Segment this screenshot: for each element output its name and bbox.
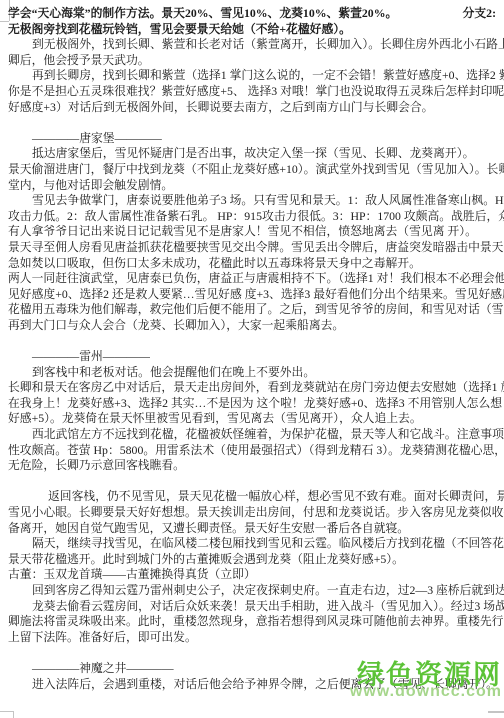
text-line: 性攻颇高。苍萤 Hp：5800。用雷系法术（使用最强招式）（得到龙精石 3）。龙… <box>8 443 496 459</box>
line-text: 你是不是担心五灵珠很难找？紫萱好感度+5、 选择3 对哦！掌门也没说取得五灵珠后… <box>8 84 504 98</box>
text-line: 急如焚以口吸取，但伤口太多未成功，花楹此时以五毒珠将景天身中之毒解开。 <box>8 256 496 272</box>
text-line: 卿后，他会授予景天武功。 <box>8 53 496 69</box>
branch-label: 分支2: <box>463 6 496 22</box>
text-line: 回到客房乙得知云霆乃雷州刺史公子，决定夜探刺史府。一直走右边，过2—3 座桥后就… <box>8 583 496 599</box>
line-text: ————神魔之井———— <box>32 661 174 675</box>
line-text: 长卿和景天在客房乙中对话后，景天走出房间外，看到龙葵就站在房门旁边便去安慰她（选… <box>8 380 504 394</box>
line-text: 卿施法将雷灵珠吸出来。此时，重楼忽然现身，意指若想得到风灵珠可随他前去神界。重楼… <box>8 614 504 628</box>
text-line: 景天偷溜进唐门，餐厅中找到龙葵（不阻止龙葵好感+10）。演武堂外找到雪见（雪见加… <box>8 162 496 178</box>
line-text: 好感度+3）对话后到无极阁外间，长卿说要去南方，之后到南方山门与长卿会合。 <box>8 100 433 114</box>
line-text: 景天偷溜进唐门，餐厅中找到龙葵（不阻止龙葵好感+10）。演武堂外找到雪见（雪见加… <box>8 162 504 176</box>
text-line: 卿施法将雷灵珠吸出来。此时，重楼忽然现身，意指若想得到风灵珠可随他前去神界。重楼… <box>8 614 496 630</box>
line-text: 抵达唐家堡后，雪见怀疑唐门是否出事，故决定入堡一探（雪见、长卿、龙葵离开）。 <box>32 146 474 160</box>
line-text: 进入法阵后，会遇到重楼，对话后他会给予神界令牌，之后便离去了（雪见、长卿离开）。 <box>32 677 498 691</box>
line-text: 龙葵去偷看云霆房间，对话后众妖来袭！景天出手相助，进入战斗（雪见加入）。经过3 … <box>32 599 504 613</box>
line-text: 两人一同赶往演武堂，见唐泰已负伤，唐益正与唐震相持不下。（选择1 对！我们根本不… <box>8 271 504 285</box>
line-text: 堂内，与他对话即会触发剧情。 <box>8 178 173 192</box>
line-text: 无极阁旁找到花楹玩铃铛，雪见会要景天给她（不给+花楹好感）。 <box>8 22 351 36</box>
blank-line <box>8 115 496 131</box>
line-text: 雪见小心眼。长卿要景天好好想想。景天挨训走出房间，付思和龙葵说话。步入客房见龙葵… <box>8 505 504 519</box>
text-line: 到无极阁外，找到长卿、紫萱和长老对话（紫萱离开，长卿加入）。长卿住房外西北小石路… <box>8 37 496 53</box>
line-text: 西北武馆左方不远找到花楹，花楹被妖怪缠着，为保护花楹，景天等人和它战斗。注意事项… <box>32 427 504 441</box>
document-page: 学会“天心海棠”的制作方法。景天20%、雪见10%、龙葵10%、紫萱20%。分支… <box>0 0 504 718</box>
text-line: 雪见去争做掌门，唐泰说要胜他弟子3 场。只有雪见和景天。1：敌人风属性准备寒山枫… <box>8 193 496 209</box>
text-line: 抵达唐家堡后，雪见怀疑唐门是否出事，故决定入堡一探（雪见、长卿、龙葵离开）。 <box>8 146 496 162</box>
line-text: ————雷州———— <box>32 349 150 363</box>
text-line: 好感+5）。龙葵倚在景天怀里被雪见看到，雪见离去（雪见离开），众人追上去。 <box>8 411 496 427</box>
text-line: 隔天，继续寻找雪见，在临风楼二楼包厢找到雪见和云霆。临风楼后方找到花楹（不回答花… <box>8 536 496 552</box>
text-line: 景天寻至佣人房看见唐益抓获花楹要挟雪见交出令牌。雪见丢出令牌后，唐益突发暗器击中… <box>8 240 496 256</box>
line-text: 返回客栈，仍不见雪见，景天见花楹一幅放心样，想必雪见不致有难。面对长卿责问，景天… <box>48 489 504 503</box>
line-text: 到客栈中和老板对话。他会提醒他们在晚上不要外出。 <box>32 365 315 379</box>
text-line: ————雷州———— <box>8 349 496 365</box>
text-line: 好感度+3）对话后到无极阁外间，长卿说要去南方，之后到南方山门与长卿会合。 <box>8 100 496 116</box>
text-line: 再到长卿房，找到长卿和紫萱（选择1 掌门这么说的，一定不会错！紫萱好感度+0、选… <box>8 68 496 84</box>
text-line: 攻击力低。2：敌人雷属性准备紫石乳。 HP：915攻击力很低。3：HP：1700… <box>8 209 496 225</box>
text-line: 堂内，与他对话即会触发剧情。 <box>8 178 496 194</box>
line-text: 再到长卿房，找到长卿和紫萱（选择1 掌门这么说的，一定不会错！紫萱好感度+0、选… <box>32 68 504 82</box>
line-text: 备离开，她因自觉气跑雪见，又遭长卿责怪。景天好生安慰一番后各自就寝。 <box>8 521 409 535</box>
text-line: ————神魔之井———— <box>8 661 496 677</box>
line-text: 古董：玉双龙首璜——古董摊换得真货（立即） <box>8 567 256 581</box>
line-text: 景天带花楹逃开。此时到城门外的古董摊贩会遇到龙葵（阻止龙葵好感+5）。 <box>8 552 404 566</box>
crop-mark-bottom-left-horizontal <box>0 711 13 712</box>
text-line: 见好感度+0、选择2 还是救人要紧…雪见好感 度+3、选择3 最好看他们分出个结… <box>8 287 496 303</box>
text-line: 雪见小心眼。长卿要景天好好想想。景天挨训走出房间，付思和龙葵说话。步入客房见龙葵… <box>8 505 496 521</box>
text-line: 景天带花楹逃开。此时到城门外的古董摊贩会遇到龙葵（阻止龙葵好感+5）。 <box>8 552 496 568</box>
line-text: 雪见去争做掌门，唐泰说要胜他弟子3 场。只有雪见和景天。1：敌人风属性准备寒山枫… <box>32 193 504 207</box>
line-text: 再到大门口与众人会合（龙葵、长卿加入），大家一起乘船离去。 <box>8 318 344 332</box>
document-lines: 学会“天心海棠”的制作方法。景天20%、雪见10%、龙葵10%、紫萱20%。分支… <box>8 6 496 692</box>
text-line: 古董：玉双龙首璜——古董摊换得真货（立即） <box>8 567 496 583</box>
line-text: 上留下法阵。准备好后，即可出发。 <box>8 630 197 644</box>
line-text: 在我身上！龙葵好感+3、选择2 其实…不是因为 这个啦！龙葵好感+0、选择3 不… <box>8 396 504 410</box>
line-text: ————唐家堡———— <box>32 131 162 145</box>
text-line: 两人一同赶往演武堂，见唐泰已负伤，唐益正与唐震相持不下。（选择1 对！我们根本不… <box>8 271 496 287</box>
crop-mark-bottom-left-vertical <box>13 711 14 718</box>
text-line: 进入法阵后，会遇到重楼，对话后他会给予神界令牌，之后便离去了（雪见、长卿离开）。 <box>8 677 496 693</box>
line-text: 景天寻至佣人房看见唐益抓获花楹要挟雪见交出令牌。雪见丢出令牌后，唐益突发暗器击中… <box>8 240 504 254</box>
line-text: 到无极阁外，找到长卿、紫萱和长老对话（紫萱离开，长卿加入）。长卿住房外西北小石路… <box>32 37 504 51</box>
text-line: 西北武馆左方不远找到花楹，花楹被妖怪缠着，为保护花楹，景天等人和它战斗。注意事项… <box>8 427 496 443</box>
text-line: 学会“天心海棠”的制作方法。景天20%、雪见10%、龙葵10%、紫萱20%。分支… <box>8 6 496 22</box>
text-line: 龙葵去偷看云霆房间，对话后众妖来袭！景天出手相助，进入战斗（雪见加入）。经过3 … <box>8 599 496 615</box>
line-text: 急如焚以口吸取，但伤口太多未成功，花楹此时以五毒珠将景天身中之毒解开。 <box>8 256 421 270</box>
text-line: 上留下法阵。准备好后，即可出发。 <box>8 630 496 646</box>
text-line: ————唐家堡———— <box>8 131 496 147</box>
text-line: 你是不是担心五灵珠很难找？紫萱好感度+5、 选择3 对哦！掌门也没说取得五灵珠后… <box>8 84 496 100</box>
blank-line <box>8 333 496 349</box>
blank-line <box>8 474 496 490</box>
text-line: 返回客栈，仍不见雪见，景天见花楹一幅放心样，想必雪见不致有难。面对长卿责问，景天… <box>8 489 496 505</box>
line-text: 有人拿爷爷日记出来说日记记载雪见不是唐家人！雪见不相信，愤怒地离去（雪见离 开）… <box>8 224 477 238</box>
text-line: 有人拿爷爷日记出来说日记记载雪见不是唐家人！雪见不相信，愤怒地离去（雪见离 开）… <box>8 224 496 240</box>
line-text: 见好感度+0、选择2 还是救人要紧…雪见好感 度+3、选择3 最好看他们分出个结… <box>8 287 504 301</box>
line-text: 隔天，继续寻找雪见，在临风楼二楼包厢找到雪见和云霆。临风楼后方找到花楹（不回答花… <box>32 536 504 550</box>
text-line: 无极阁旁找到花楹玩铃铛，雪见会要景天给她（不给+花楹好感）。 <box>8 22 496 38</box>
line-text: 性攻颇高。苍萤 Hp：5800。用雷系法术（使用最强招式）（得到龙精石 3）。龙… <box>8 443 504 457</box>
crop-mark-bottom-right <box>488 711 504 713</box>
blank-line <box>8 645 496 661</box>
text-line: 长卿和景天在客房乙中对话后，景天走出房间外，看到龙葵就站在房门旁边便去安慰她（选… <box>8 380 496 396</box>
line-text: 回到客房乙得知云霆乃雷州刺史公子，决定夜探刺史府。一直走右边，过2—3 座桥后就… <box>32 583 504 597</box>
line-text: 好感+5）。龙葵倚在景天怀里被雪见看到，雪见离去（雪见离开），众人追上去。 <box>8 411 422 425</box>
text-line: 在我身上！龙葵好感+3、选择2 其实…不是因为 这个啦！龙葵好感+0、选择3 不… <box>8 396 496 412</box>
text-line: 再到大门口与众人会合（龙葵、长卿加入），大家一起乘船离去。 <box>8 318 496 334</box>
text-line: 到客栈中和老板对话。他会提醒他们在晚上不要外出。 <box>8 365 496 381</box>
line-text: 无危险，长卿乃示意回客栈瞧看。 <box>8 458 185 472</box>
line-text: 卿后，他会授予景天武功。 <box>8 53 150 67</box>
text-line: 无危险，长卿乃示意回客栈瞧看。 <box>8 458 496 474</box>
line-text: 学会“天心海棠”的制作方法。景天20%、雪见10%、龙葵10%、紫萱20%。 <box>8 6 397 20</box>
text-line: 备离开，她因自觉气跑雪见，又遭长卿责怪。景天好生安慰一番后各自就寝。 <box>8 521 496 537</box>
line-text: 攻击力低。2：敌人雷属性准备紫石乳。 HP：915攻击力很低。3：HP：1700… <box>8 209 504 223</box>
line-text: 花楹用五毒珠为他们解毒，救完他们后便不能用了。之后，到雪见爷爷的房间，和雪见对话… <box>8 302 504 316</box>
text-line: 花楹用五毒珠为他们解毒，救完他们后便不能用了。之后，到雪见爷爷的房间，和雪见对话… <box>8 302 496 318</box>
